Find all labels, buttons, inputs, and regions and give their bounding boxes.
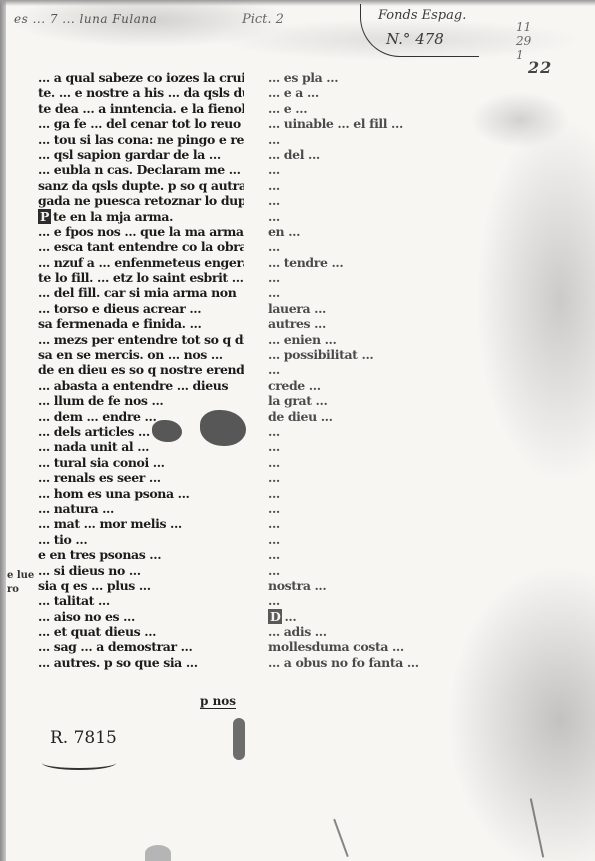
text-line: te dea ... a inntencia. e la fienoltar bbox=[38, 101, 244, 116]
text-line: ... abasta a entendre ... dieus bbox=[38, 378, 244, 393]
text-column-right: ... es pla ... ... e a ... ... e ... ...… bbox=[268, 70, 476, 670]
text-line: ... renals es seer ... bbox=[38, 470, 244, 485]
text-line: ... bbox=[268, 501, 476, 516]
text-line: ... tural sia conoi ... bbox=[38, 455, 244, 470]
decorated-initial: D bbox=[268, 609, 282, 624]
text-line: de dieu ... bbox=[268, 409, 476, 424]
text-line-content: ... bbox=[268, 209, 280, 224]
text-line: ... bbox=[268, 516, 476, 531]
text-line-content: ... bbox=[268, 563, 280, 578]
text-line-content: ... adis ... bbox=[268, 624, 327, 639]
text-line-content: e en tres psonas ... bbox=[38, 547, 161, 562]
shelfmark-flourish bbox=[42, 756, 116, 770]
text-line: ... e fpos nos ... que la ma arma pus bbox=[38, 224, 244, 239]
text-line-content: ... dels articles ... bbox=[38, 424, 150, 439]
text-line: ... nzuf a ... enfenmeteus engera lo pay bbox=[38, 255, 244, 270]
text-line: ... tou si las cona: ne pingo e rem pie bbox=[38, 132, 244, 147]
text-line-content: ... bbox=[268, 178, 280, 193]
text-line: nostra ... bbox=[268, 578, 476, 593]
text-line-content: ... bbox=[268, 162, 280, 177]
text-line: ... es pla ... bbox=[268, 70, 476, 85]
text-line: e en tres psonas ... bbox=[38, 547, 244, 562]
text-line: ... bbox=[268, 239, 476, 254]
pict-note: Pict. 2 bbox=[242, 12, 284, 27]
text-line: ... esca tant entendre co la obra que bbox=[38, 239, 244, 254]
margin-gloss-line: ro bbox=[7, 583, 34, 597]
text-line-content: ... tural sia conoi ... bbox=[38, 455, 165, 470]
text-line-content: ... tou si las cona: ne pingo e rem pie bbox=[38, 132, 244, 147]
text-column-left: ... a qual sabeze co iozes la cruiste. .… bbox=[38, 70, 244, 670]
text-line: ... e ... bbox=[268, 101, 476, 116]
text-line: ... bbox=[268, 455, 476, 470]
text-line-content: ... enien ... bbox=[268, 332, 336, 347]
text-line-content: ... bbox=[268, 270, 280, 285]
decorated-initial: P bbox=[38, 209, 51, 224]
text-line-content: ... bbox=[268, 593, 280, 608]
text-line-content: ... tio ... bbox=[38, 532, 87, 547]
text-line: ... tio ... bbox=[38, 532, 244, 547]
margin-gloss-line: e lue bbox=[7, 569, 34, 583]
text-line-content: te. ... e nostre a his ... da qsls dup bbox=[38, 85, 244, 100]
text-line: ... llum de fe nos ... bbox=[38, 393, 244, 408]
text-line-content: de dieu ... bbox=[268, 409, 333, 424]
text-line: ... possibilitat ... bbox=[268, 347, 476, 362]
text-line: la grat ... bbox=[268, 393, 476, 408]
text-line-content: ... torso e dieus acrear ... bbox=[38, 301, 201, 316]
text-line: sa fermenada e finida. ... bbox=[38, 316, 244, 331]
text-line-content: ... llum de fe nos ... bbox=[38, 393, 163, 408]
text-line: ... aiso no es ... bbox=[38, 609, 244, 624]
text-line: ... ga fe ... del cenar tot lo reuo pin, bbox=[38, 116, 244, 131]
text-line: ... a qual sabeze co iozes la cruis bbox=[38, 70, 244, 85]
text-line: ... del fill. car si mia arma non bbox=[38, 285, 244, 300]
text-line: ... bbox=[268, 132, 476, 147]
text-line-content: ... del fill. car si mia arma non bbox=[38, 285, 236, 300]
stain bbox=[145, 845, 171, 861]
text-line-content: ... bbox=[268, 547, 280, 562]
text-line-content: ... e ... bbox=[268, 101, 307, 116]
text-line-content: te lo fill. ... etz lo saint esbrit ... bbox=[38, 270, 244, 285]
text-line: mollesduma costa ... bbox=[268, 639, 476, 654]
text-line: ... bbox=[268, 193, 476, 208]
text-line: ... tendre ... bbox=[268, 255, 476, 270]
text-line-content: ... e a ... bbox=[268, 85, 319, 100]
text-line-content: ... et quat dieus ... bbox=[38, 624, 156, 639]
text-line: autres ... bbox=[268, 316, 476, 331]
text-line-content: ... qsl sapion gardar de la ... bbox=[38, 147, 221, 162]
text-line-content: ... es pla ... bbox=[268, 70, 338, 85]
text-line: ... eubla n cas. Declaram me ... qu sa bbox=[38, 162, 244, 177]
text-line: te lo fill. ... etz lo saint esbrit ... bbox=[38, 270, 244, 285]
manuscript-page: es ... 7 ... luna Fulana Pict. 2 Fonds E… bbox=[0, 0, 595, 861]
text-line-content: crede ... bbox=[268, 378, 321, 393]
text-line-content: ... tendre ... bbox=[268, 255, 343, 270]
shelfmark: R. 7815 bbox=[50, 728, 117, 748]
text-line-content: ... bbox=[268, 285, 280, 300]
text-line-content: ... del ... bbox=[268, 147, 320, 162]
text-line: ... enien ... bbox=[268, 332, 476, 347]
text-line: ... a obus no fo fanta ... bbox=[268, 655, 476, 670]
text-line: ... natura ... bbox=[38, 501, 244, 516]
text-line: ... bbox=[268, 209, 476, 224]
text-line-content: ... uinable ... el fill ... bbox=[268, 116, 403, 131]
text-line: ... bbox=[268, 270, 476, 285]
margin-gloss: e lue ro bbox=[7, 569, 34, 597]
text-line-content: ... autres. p so que sia ... bbox=[38, 655, 198, 670]
text-line-content: ... e fpos nos ... que la ma arma pus bbox=[38, 224, 244, 239]
text-line-content: sia q es ... plus ... bbox=[38, 578, 151, 593]
ink-blot bbox=[200, 410, 246, 446]
text-line-content: ... a qual sabeze co iozes la cruis bbox=[38, 70, 244, 85]
text-line: sa en se mercis. on ... nos ... bbox=[38, 347, 244, 362]
text-line: ... bbox=[268, 532, 476, 547]
text-line-content: ... a obus no fo fanta ... bbox=[268, 655, 419, 670]
text-line: ... hom es una psona ... bbox=[38, 486, 244, 501]
ink-blot bbox=[152, 420, 182, 442]
text-line: lauera ... bbox=[268, 301, 476, 316]
text-line: D... bbox=[268, 609, 476, 624]
paper-crease bbox=[333, 819, 348, 857]
text-line: ... uinable ... el fill ... bbox=[268, 116, 476, 131]
text-line-content: ... bbox=[268, 362, 280, 377]
corner-mark: 29 bbox=[516, 34, 531, 48]
text-line-content: gada ne puesca retoznar lo dup bbox=[38, 193, 244, 208]
text-line-content: sanz da qsls dupte. p so q autra ne bbox=[38, 178, 244, 193]
text-line: ... bbox=[268, 162, 476, 177]
text-line-content: ... mezs per entendre tot so q dieus ... bbox=[38, 332, 244, 347]
text-line-content: ... ga fe ... del cenar tot lo reuo pin, bbox=[38, 116, 244, 131]
text-line-content: mollesduma costa ... bbox=[268, 639, 404, 654]
text-line-content: de en dieu es so q nostre erendem bbox=[38, 362, 244, 377]
text-line: ... e a ... bbox=[268, 85, 476, 100]
text-line: ... sag ... a demostrar ... bbox=[38, 639, 244, 654]
text-line: ... bbox=[268, 547, 476, 562]
text-line: ... mat ... mor melis ... bbox=[38, 516, 244, 531]
library-stamp-fonds: Fonds Espag. bbox=[378, 8, 466, 23]
text-line: sia q es ... plus ... bbox=[38, 578, 244, 593]
text-line-content: ... aiso no es ... bbox=[38, 609, 135, 624]
text-line-content: autres ... bbox=[268, 316, 326, 331]
text-line: ... autres. p so que sia ... bbox=[38, 655, 244, 670]
text-line-content: ... bbox=[268, 193, 280, 208]
text-line: ... et quat dieus ... bbox=[38, 624, 244, 639]
text-line: ... bbox=[268, 563, 476, 578]
text-line: ... bbox=[268, 593, 476, 608]
text-line-content: sa en se mercis. on ... nos ... bbox=[38, 347, 223, 362]
text-line: Pte en la mja arma. bbox=[38, 209, 244, 224]
text-line-content: ... bbox=[268, 239, 280, 254]
top-left-note: es ... 7 ... luna Fulana bbox=[14, 12, 157, 26]
text-line: ... bbox=[268, 424, 476, 439]
text-line: gada ne puesca retoznar lo dup bbox=[38, 193, 244, 208]
text-line-content: ... natura ... bbox=[38, 501, 114, 516]
text-line-content: ... bbox=[268, 516, 280, 531]
text-line: crede ... bbox=[268, 378, 476, 393]
text-line-content: ... hom es una psona ... bbox=[38, 486, 190, 501]
text-line: te. ... e nostre a his ... da qsls dup bbox=[38, 85, 244, 100]
text-line-content: ... bbox=[268, 486, 280, 501]
text-line: ... bbox=[268, 470, 476, 485]
text-line-content: ... si dieus no ... bbox=[38, 563, 141, 578]
text-line-content: te dea ... a inntencia. e la fienoltar bbox=[38, 101, 244, 116]
text-line: ... bbox=[268, 439, 476, 454]
text-line-content: la grat ... bbox=[268, 393, 327, 408]
text-line-content: ... mat ... mor melis ... bbox=[38, 516, 182, 531]
text-line: ... bbox=[268, 486, 476, 501]
text-line-content: ... bbox=[268, 470, 280, 485]
text-line-content: te en la mja arma. bbox=[53, 209, 173, 224]
text-line-content: ... bbox=[268, 501, 280, 516]
text-line-content: sa fermenada e finida. ... bbox=[38, 316, 201, 331]
text-line: de en dieu es so q nostre erendem bbox=[38, 362, 244, 377]
text-line-content: ... bbox=[268, 132, 280, 147]
text-line-content: ... dem ... endre ... bbox=[38, 409, 156, 424]
text-line-content: ... talitat ... bbox=[38, 593, 110, 608]
text-line-content: ... nada unit al ... bbox=[38, 439, 149, 454]
text-line-content: ... esca tant entendre co la obra que bbox=[38, 239, 244, 254]
text-line: ... mezs per entendre tot so q dieus ... bbox=[38, 332, 244, 347]
text-line: ... del ... bbox=[268, 147, 476, 162]
text-line-content: ... bbox=[268, 439, 280, 454]
corner-mark: 11 bbox=[516, 20, 531, 34]
text-line-content: ... bbox=[284, 609, 296, 624]
text-line: ... qsl sapion gardar de la ... bbox=[38, 147, 244, 162]
text-line: en ... bbox=[268, 224, 476, 239]
text-line: ... bbox=[268, 285, 476, 300]
text-line-content: ... abasta a entendre ... dieus bbox=[38, 378, 228, 393]
text-line-content: nostra ... bbox=[268, 578, 326, 593]
text-line: ... torso e dieus acrear ... bbox=[38, 301, 244, 316]
text-line-content: ... eubla n cas. Declaram me ... qu sa bbox=[38, 162, 244, 177]
text-line-content: ... sag ... a demostrar ... bbox=[38, 639, 192, 654]
top-edge-shadow bbox=[0, 0, 595, 6]
stain bbox=[233, 718, 245, 760]
text-line: ... si dieus no ... bbox=[38, 563, 244, 578]
text-line: sanz da qsls dupte. p so q autra ne bbox=[38, 178, 244, 193]
text-line-content: lauera ... bbox=[268, 301, 326, 316]
text-line: ... talitat ... bbox=[38, 593, 244, 608]
text-line-content: ... possibilitat ... bbox=[268, 347, 373, 362]
binding-edge bbox=[0, 0, 6, 861]
text-line-content: ... bbox=[268, 455, 280, 470]
library-stamp-number: N.° 478 bbox=[386, 30, 444, 48]
paper-crease bbox=[530, 798, 544, 857]
catchword: p nos bbox=[200, 694, 236, 709]
text-line: ... bbox=[268, 178, 476, 193]
text-line: ... bbox=[268, 362, 476, 377]
corner-folio-number: 22 bbox=[528, 58, 552, 77]
text-line-content: ... bbox=[268, 424, 280, 439]
text-line-content: ... bbox=[268, 532, 280, 547]
text-line-content: ... renals es seer ... bbox=[38, 470, 161, 485]
text-line-content: ... nzuf a ... enfenmeteus engera lo pay bbox=[38, 255, 244, 270]
text-line: ... adis ... bbox=[268, 624, 476, 639]
corner-marks: 11 29 1 bbox=[516, 20, 531, 62]
text-line-content: en ... bbox=[268, 224, 300, 239]
